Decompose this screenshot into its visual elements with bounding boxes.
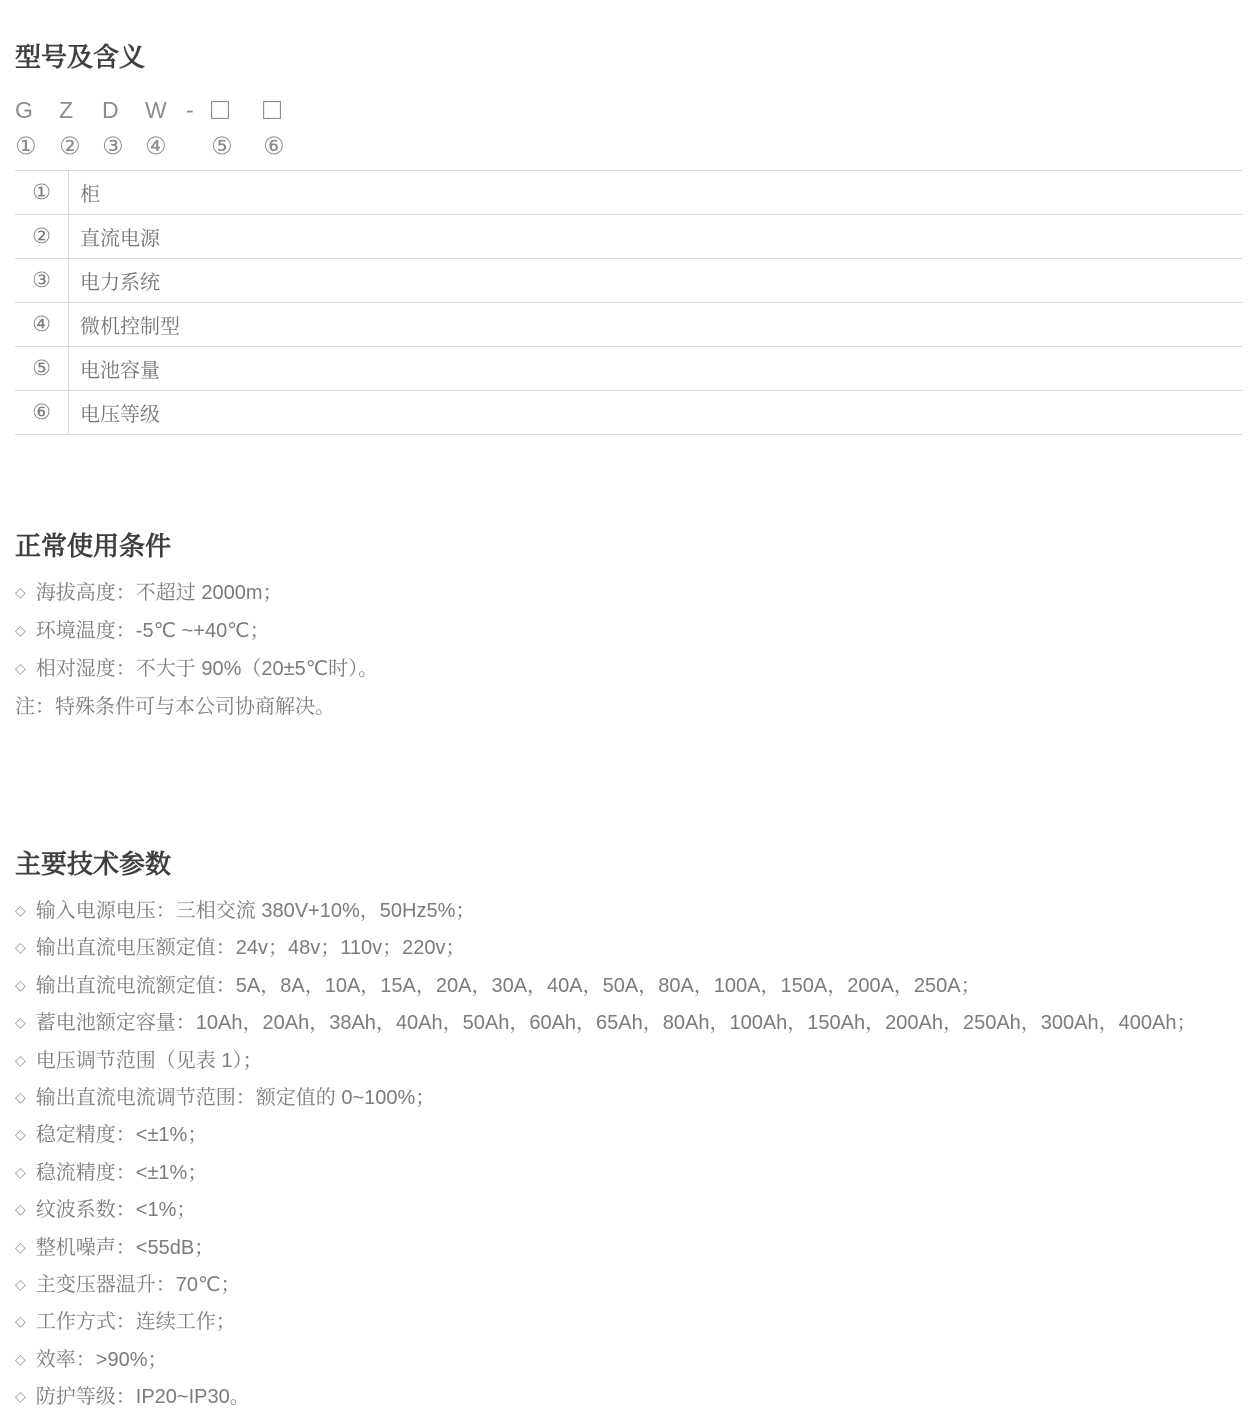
diamond-bullet-icon: ◇ [15,1154,26,1190]
diamond-bullet-icon: ◇ [15,650,26,687]
list-item: ◇蓄电池额定容量：10Ah，20Ah，38Ah，40Ah，50Ah，60Ah，6… [15,1005,1235,1042]
diamond-bullet-icon: ◇ [15,1303,26,1339]
table-cell-no: ② [15,215,69,258]
table-cell-desc: 微机控制型 [69,303,180,346]
list-item-text: 蓄电池额定容量：10Ah，20Ah，38Ah，40Ah，50Ah，60Ah，65… [36,1012,1197,1034]
list-item: ◇输出直流电压额定值：24v；48v；110v；220v； [15,930,1235,967]
table-row: ③ 电力系统 [15,259,1242,303]
list-item: ◇主变压器温升：70℃； [15,1267,1235,1304]
table-cell-desc: 柜 [69,171,100,214]
circled-number-3: ③ [102,132,145,161]
diamond-bullet-icon: ◇ [15,1341,26,1377]
list-item: ◇电压调节范围（见表 1）； [15,1043,1235,1080]
model-code-char-d: D [102,97,145,124]
list-item-text: 输出直流电压额定值：24v；48v；110v；220v； [36,937,466,959]
list-item-text: 稳定精度：<±1%； [36,1124,208,1146]
list-item: ◇整机噪声：<55dB； [15,1230,1235,1267]
model-index-row: ① ② ③ ④ ⑤ ⑥ [15,133,1235,160]
circled-number-6: ⑥ [263,132,315,161]
diamond-bullet-icon: ◇ [15,1042,26,1078]
list-item: ◇输入电源电压：三相交流 380V+10%，50Hz5%； [15,893,1235,930]
diamond-bullet-icon: ◇ [15,1378,26,1414]
table-cell-no: ⑤ [15,347,69,390]
model-code-row: G Z D W - □ □ [15,96,1235,124]
circled-number-5: ⑤ [211,132,263,161]
model-code-char-w: W [145,97,186,124]
list-item-text: 防护等级：IP20~IP30。 [36,1386,250,1408]
table-cell-desc: 电力系统 [69,259,160,302]
diamond-bullet-icon: ◇ [15,1116,26,1152]
note-text: 注：特殊条件可与本公司协商解决。 [15,689,1235,726]
list-item-text: 整机噪声：<55dB； [36,1237,214,1259]
conditions-list: ◇海拔高度：不超过 2000m； ◇环境温度：-5℃ ~+40℃； ◇相对湿度：… [15,575,1235,689]
table-cell-no: ⑥ [15,391,69,434]
spec-document-page: 型号及含义 G Z D W - □ □ ① ② ③ ④ ⑤ ⑥ ① 柜 ② 直流… [0,0,1250,1417]
diamond-bullet-icon: ◇ [15,929,26,965]
list-item: ◇防护等级：IP20~IP30。 [15,1379,1235,1416]
diamond-bullet-icon: ◇ [15,1079,26,1115]
diamond-bullet-icon: ◇ [15,1266,26,1302]
diamond-bullet-icon: ◇ [15,892,26,928]
list-item: ◇输出直流电流额定值：5A，8A，10A，15A，20A，30A，40A，50A… [15,968,1235,1005]
list-item-text: 输出直流电流调节范围：额定值的 0~100%； [36,1087,436,1109]
section-title-operating-conditions: 正常使用条件 [15,531,1235,561]
diamond-bullet-icon: ◇ [15,1191,26,1227]
table-cell-no: ③ [15,259,69,302]
diamond-bullet-icon: ◇ [15,1229,26,1265]
table-row: ④ 微机控制型 [15,303,1242,347]
circled-number-1: ① [15,132,59,161]
list-item-text: 工作方式：连续工作； [36,1311,236,1333]
table-row: ① 柜 [15,171,1242,215]
list-item: ◇工作方式：连续工作； [15,1304,1235,1341]
model-meaning-table: ① 柜 ② 直流电源 ③ 电力系统 ④ 微机控制型 ⑤ 电池容量 ⑥ 电压等级 [15,170,1242,435]
model-code-char-g: G [15,97,59,124]
circled-number-4: ④ [145,132,186,161]
list-item-text: 稳流精度：<±1%； [36,1162,208,1184]
section-title-technical-parameters: 主要技术参数 [15,849,1235,879]
list-item: ◇稳定精度：<±1%； [15,1117,1235,1154]
model-code-placeholder-box-1: □ [211,96,263,124]
diamond-bullet-icon: ◇ [15,612,26,649]
model-code-char-z: Z [59,97,102,124]
list-item: ◇效率：>90%； [15,1342,1235,1379]
list-item-text: 输出直流电流额定值：5A，8A，10A，15A，20A，30A，40A，50A，… [36,975,981,997]
table-row: ⑥ 电压等级 [15,391,1242,435]
list-item-text: 主变压器温升：70℃； [36,1274,241,1296]
model-code-placeholder-box-2: □ [263,96,315,124]
list-item-text: 效率：>90%； [36,1349,168,1371]
list-item: ◇输出直流电流调节范围：额定值的 0~100%； [15,1080,1235,1117]
list-item-text: 环境温度：-5℃ ~+40℃； [36,620,270,642]
table-cell-desc: 电池容量 [69,347,160,390]
list-item: ◇环境温度：-5℃ ~+40℃； [15,613,1235,651]
list-item: ◇纹波系数：<1%； [15,1192,1235,1229]
diamond-bullet-icon: ◇ [15,574,26,611]
diamond-bullet-icon: ◇ [15,1004,26,1040]
table-cell-no: ④ [15,303,69,346]
table-cell-no: ① [15,171,69,214]
list-item-text: 纹波系数：<1%； [36,1199,197,1221]
list-item: ◇稳流精度：<±1%； [15,1155,1235,1192]
table-cell-desc: 直流电源 [69,215,160,258]
list-item-text: 输入电源电压：三相交流 380V+10%，50Hz5%； [36,900,476,922]
list-item: ◇海拔高度：不超过 2000m； [15,575,1235,613]
table-cell-desc: 电压等级 [69,391,160,434]
list-item-text: 电压调节范围（见表 1）； [36,1050,263,1072]
list-item-text: 相对湿度：不大于 90%（20±5℃时）。 [36,658,378,680]
model-code-hyphen: - [186,97,211,124]
table-row: ⑤ 电池容量 [15,347,1242,391]
params-list: ◇输入电源电压：三相交流 380V+10%，50Hz5%； ◇输出直流电压额定值… [15,893,1235,1417]
section-title-model-meaning: 型号及含义 [15,0,1235,72]
diamond-bullet-icon: ◇ [15,967,26,1003]
list-item-text: 海拔高度：不超过 2000m； [36,582,283,604]
table-row: ② 直流电源 [15,215,1242,259]
circled-number-2: ② [59,132,102,161]
list-item: ◇相对湿度：不大于 90%（20±5℃时）。 [15,651,1235,689]
